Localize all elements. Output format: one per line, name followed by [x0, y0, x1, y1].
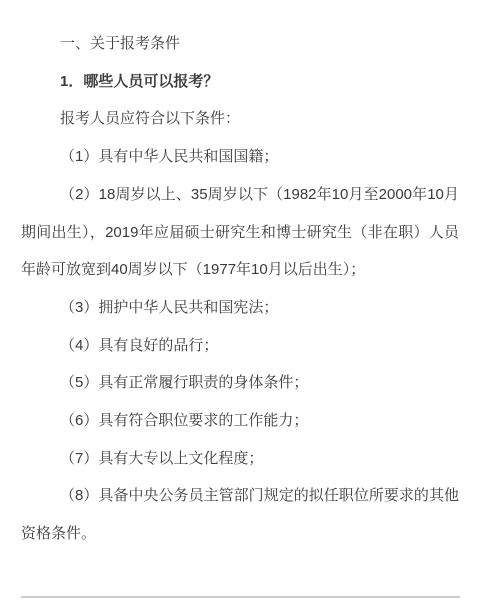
intro-text: 报考人员应符合以下条件：	[21, 100, 459, 138]
condition-paragraph: （2）18周岁以上、35周岁以下（1982年10月至2000年10月期间出生），…	[21, 176, 459, 289]
condition-paragraph: （5）具有正常履行职责的身体条件；	[21, 364, 459, 402]
question-title: 1．哪些人员可以报考？	[21, 63, 459, 101]
section-divider	[21, 596, 460, 598]
condition-paragraph: （3）拥护中华人民共和国宪法；	[21, 289, 459, 327]
condition-paragraph: （6）具有符合职位要求的工作能力；	[21, 402, 459, 440]
section-title: 一、关于报考条件	[21, 25, 459, 63]
condition-paragraph: （4）具有良好的品行；	[21, 327, 459, 365]
document-body: 一、关于报考条件 1．哪些人员可以报考？ 报考人员应符合以下条件： （1）具有中…	[0, 0, 480, 553]
condition-paragraph: （7）具有大专以上文化程度；	[21, 440, 459, 478]
conditions-list: （1）具有中华人民共和国国籍；（2）18周岁以上、35周岁以下（1982年10月…	[21, 138, 459, 553]
condition-paragraph: （8）具备中央公务员主管部门规定的拟任职位所要求的其他资格条件。	[21, 477, 459, 552]
condition-paragraph: （1）具有中华人民共和国国籍；	[21, 138, 459, 176]
